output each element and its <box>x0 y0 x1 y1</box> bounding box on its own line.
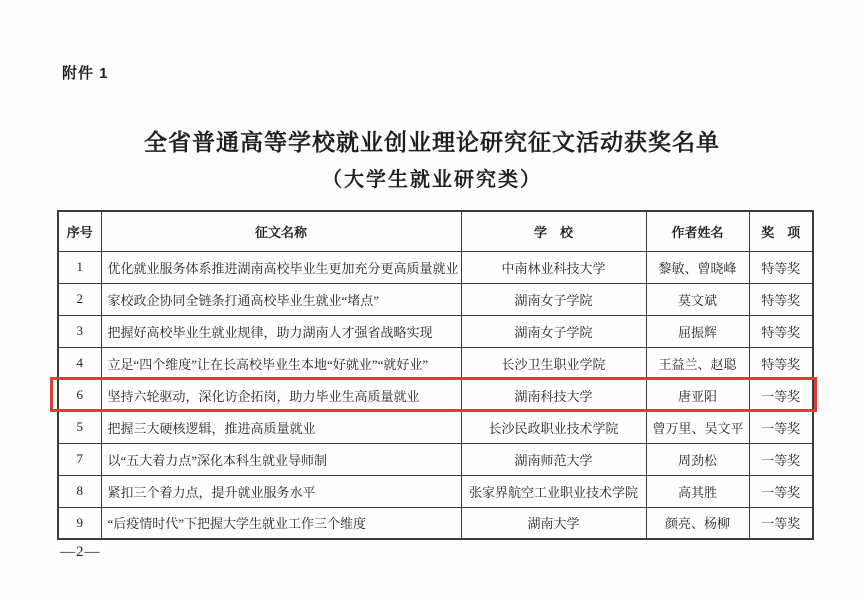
cell-school: 长沙民政职业技术学院 <box>461 411 646 443</box>
cell-award: 一等奖 <box>749 443 813 475</box>
cell-essay-title: 家校政企协同全链条打通高校毕业生就业“堵点” <box>101 283 461 315</box>
cell-school: 湖南科技大学 <box>461 379 646 411</box>
cell-essay-title: 把握好高校毕业生就业规律，助力湖南人才强省战略实现 <box>101 315 461 347</box>
cell-no: 1 <box>58 251 101 283</box>
awards-table: 序号 征文名称 学 校 作者姓名 奖 项 1 优化就业服务体系推进湖南高校毕业生… <box>57 210 814 540</box>
table-header-row: 序号 征文名称 学 校 作者姓名 奖 项 <box>58 211 813 251</box>
cell-essay-title: 立足“四个维度”让在长高校毕业生本地“好就业”“就好业” <box>101 347 461 379</box>
cell-authors: 王益兰、赵聪 <box>646 347 749 379</box>
table-row: 8 紧扣三个着力点，提升就业服务水平 张家界航空工业职业技术学院 高其胜 一等奖 <box>58 475 813 507</box>
cell-no: 7 <box>58 443 101 475</box>
cell-essay-title: 以“五大着力点”深化本科生就业导师制 <box>101 443 461 475</box>
cell-essay-title: 坚持六轮驱动，深化访企拓岗，助力毕业生高质量就业 <box>101 379 461 411</box>
attachment-label: 附件 1 <box>62 62 109 83</box>
title-block: 全省普通高等学校就业创业理论研究征文活动获奖名单 （大学生就业研究类） <box>0 124 864 192</box>
cell-no: 2 <box>58 283 101 315</box>
table-row: 9 “后疫情时代”下把握大学生就业工作三个维度 湖南大学 颜亮、杨柳 一等奖 <box>58 507 813 539</box>
table-body: 1 优化就业服务体系推进湖南高校毕业生更加充分更高质量就业 中南林业科技大学 黎… <box>58 251 813 539</box>
cell-award: 一等奖 <box>749 507 813 539</box>
cell-essay-title: 紧扣三个着力点，提升就业服务水平 <box>101 475 461 507</box>
cell-authors: 高其胜 <box>646 475 749 507</box>
cell-no: 6 <box>58 379 101 411</box>
cell-school: 中南林业科技大学 <box>461 251 646 283</box>
table-row: 1 优化就业服务体系推进湖南高校毕业生更加充分更高质量就业 中南林业科技大学 黎… <box>58 251 813 283</box>
cell-school: 湖南师范大学 <box>461 443 646 475</box>
document-page: 附件 1 全省普通高等学校就业创业理论研究征文活动获奖名单 （大学生就业研究类）… <box>0 0 864 598</box>
header-essay-title: 征文名称 <box>101 211 461 251</box>
cell-award: 特等奖 <box>749 347 813 379</box>
cell-essay-title: 把握三大硬核逻辑，推进高质量就业 <box>101 411 461 443</box>
table-row: 5 把握三大硬核逻辑，推进高质量就业 长沙民政职业技术学院 曾万里、吴文平 一等… <box>58 411 813 443</box>
cell-authors: 唐亚阳 <box>646 379 749 411</box>
page-number: —2— <box>60 544 101 561</box>
cell-no: 3 <box>58 315 101 347</box>
cell-award: 一等奖 <box>749 379 813 411</box>
cell-school: 长沙卫生职业学院 <box>461 347 646 379</box>
cell-award: 一等奖 <box>749 411 813 443</box>
cell-no: 4 <box>58 347 101 379</box>
table-row-highlighted: 6 坚持六轮驱动，深化访企拓岗，助力毕业生高质量就业 湖南科技大学 唐亚阳 一等… <box>58 379 813 411</box>
cell-no: 9 <box>58 507 101 539</box>
header-authors: 作者姓名 <box>646 211 749 251</box>
header-no: 序号 <box>58 211 101 251</box>
cell-authors: 莫文斌 <box>646 283 749 315</box>
cell-essay-title: “后疫情时代”下把握大学生就业工作三个维度 <box>101 507 461 539</box>
cell-school: 湖南女子学院 <box>461 283 646 315</box>
header-school: 学 校 <box>461 211 646 251</box>
cell-essay-title: 优化就业服务体系推进湖南高校毕业生更加充分更高质量就业 <box>101 251 461 283</box>
cell-school: 张家界航空工业职业技术学院 <box>461 475 646 507</box>
table-header: 序号 征文名称 学 校 作者姓名 奖 项 <box>58 211 813 251</box>
cell-no: 8 <box>58 475 101 507</box>
cell-authors: 屈振辉 <box>646 315 749 347</box>
cell-no: 5 <box>58 411 101 443</box>
cell-school: 湖南大学 <box>461 507 646 539</box>
cell-award: 特等奖 <box>749 315 813 347</box>
table-row: 7 以“五大着力点”深化本科生就业导师制 湖南师范大学 周劲松 一等奖 <box>58 443 813 475</box>
table-row: 2 家校政企协同全链条打通高校毕业生就业“堵点” 湖南女子学院 莫文斌 特等奖 <box>58 283 813 315</box>
cell-school: 湖南女子学院 <box>461 315 646 347</box>
cell-authors: 周劲松 <box>646 443 749 475</box>
document-title: 全省普通高等学校就业创业理论研究征文活动获奖名单 <box>0 124 864 157</box>
table-row: 4 立足“四个维度”让在长高校毕业生本地“好就业”“就好业” 长沙卫生职业学院 … <box>58 347 813 379</box>
cell-authors: 曾万里、吴文平 <box>646 411 749 443</box>
cell-award: 特等奖 <box>749 283 813 315</box>
cell-authors: 颜亮、杨柳 <box>646 507 749 539</box>
cell-award: 特等奖 <box>749 251 813 283</box>
cell-award: 一等奖 <box>749 475 813 507</box>
cell-authors: 黎敏、曾晓峰 <box>646 251 749 283</box>
header-award: 奖 项 <box>749 211 813 251</box>
table-row: 3 把握好高校毕业生就业规律，助力湖南人才强省战略实现 湖南女子学院 屈振辉 特… <box>58 315 813 347</box>
document-subtitle: （大学生就业研究类） <box>0 163 864 192</box>
